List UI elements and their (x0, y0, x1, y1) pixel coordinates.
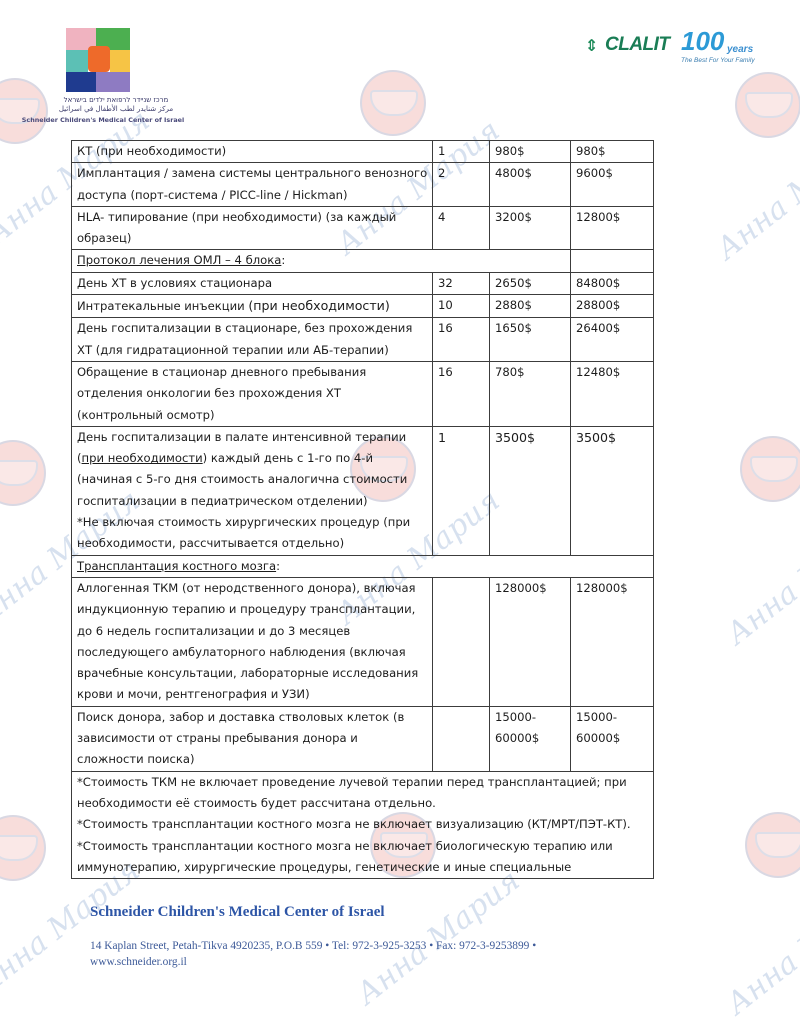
clalit-100: 100 (681, 26, 724, 57)
service-name: Интратекальные инъекции (при необходимос… (72, 295, 433, 318)
total-price: 980$ (571, 141, 654, 163)
clalit-slogan: The Best For Your Family (681, 57, 755, 64)
unit-price: 3200$ (490, 206, 571, 250)
quantity: 1 (433, 426, 490, 555)
service-name: Обращение в стационар дневного пребывани… (72, 361, 433, 426)
unit-price: 2650$ (490, 272, 571, 294)
unit-price: 4800$ (490, 163, 571, 207)
table-row: День госпитализации в стационаре, без пр… (72, 318, 654, 362)
logo-english-text: Schneider Children's Medical Center of I… (18, 116, 188, 124)
service-name: Аллогенная ТКМ (от неродственного донора… (72, 577, 433, 706)
logo-hebrew-text: מרכז שניידר לרפואת ילדים בישראל مركز شنا… (36, 96, 196, 114)
section-title: Протокол лечения ОМЛ – 4 блока: (72, 250, 571, 272)
table-row: Имплантация / замена системы центральног… (72, 163, 654, 207)
watermark-mask-icon (735, 72, 800, 138)
total-price: 128000$ (571, 577, 654, 706)
watermark-mask-icon (745, 812, 800, 878)
table-row: Обращение в стационар дневного пребывани… (72, 361, 654, 426)
service-name: День ХТ в условиях стационара (72, 272, 433, 294)
section-title: Трансплантация костного мозга: (72, 555, 654, 577)
unit-price: 15000-60000$ (490, 706, 571, 771)
service-name: Имплантация / замена системы центральног… (72, 163, 433, 207)
total-price: 28800$ (571, 295, 654, 318)
watermark-mask-icon (740, 436, 800, 502)
quantity: 2 (433, 163, 490, 207)
note: *Стоимость трансплантации костного мозга… (77, 836, 649, 879)
watermark-text: Анна Мария (720, 503, 800, 652)
unit-price: 780$ (490, 361, 571, 426)
table-row: День ХТ в условиях стационара 32 2650$ 8… (72, 272, 654, 294)
unit-price: 1650$ (490, 318, 571, 362)
watermark-mask-icon (360, 70, 426, 136)
unit-price: 3500$ (490, 426, 571, 555)
unit-price: 128000$ (490, 577, 571, 706)
quantity: 1 (433, 141, 490, 163)
service-name: День госпитализации в стационаре, без пр… (72, 318, 433, 362)
quantity (433, 706, 490, 771)
total-price: 84800$ (571, 272, 654, 294)
service-name: День госпитализации в палате интенсивной… (72, 426, 433, 555)
table-row: HLA- типирование (при необходимости) (за… (72, 206, 654, 250)
clalit-brand: CLALIT (605, 34, 670, 56)
total-price: 9600$ (571, 163, 654, 207)
quantity: 16 (433, 318, 490, 362)
table-row: День госпитализации в палате интенсивной… (72, 426, 654, 555)
clalit-arrows-icon: ⇕ (585, 36, 598, 55)
watermark-mask-icon (0, 815, 46, 881)
footer-address: 14 Kaplan Street, Petah-Tikva 4920235, P… (90, 938, 630, 970)
total-price: 12480$ (571, 361, 654, 426)
quantity: 32 (433, 272, 490, 294)
total-price: 12800$ (571, 206, 654, 250)
table-row: КТ (при необходимости) 1 980$ 980$ (72, 141, 654, 163)
service-name: КТ (при необходимости) (72, 141, 433, 163)
quantity: 4 (433, 206, 490, 250)
note: *Стоимость ТКМ не включает проведение лу… (77, 772, 649, 815)
table-row: Интратекальные инъекции (при необходимос… (72, 295, 654, 318)
quantity (433, 577, 490, 706)
watermark-text: Анна Мария (720, 873, 800, 1022)
footer-title: Schneider Children's Medical Center of I… (90, 904, 385, 921)
table-row: Аллогенная ТКМ (от неродственного донора… (72, 577, 654, 706)
empty-cell (571, 250, 654, 272)
section-row: Протокол лечения ОМЛ – 4 блока: (72, 250, 654, 272)
puzzle-logo-icon (66, 28, 130, 92)
watermark-text: Анна Мария (710, 118, 800, 267)
note: *Стоимость трансплантации костного мозга… (77, 814, 649, 835)
total-price: 15000-60000$ (571, 706, 654, 771)
quantity: 16 (433, 361, 490, 426)
service-name: HLA- типирование (при необходимости) (за… (72, 206, 433, 250)
price-table: КТ (при необходимости) 1 980$ 980$ Импла… (71, 140, 654, 879)
table-row: Поиск донора, забор и доставка стволовых… (72, 706, 654, 771)
unit-price: 2880$ (490, 295, 571, 318)
watermark-mask-icon (0, 440, 46, 506)
clalit-logo: ⇕ CLALIT 100 years The Best For Your Fam… (585, 30, 765, 70)
unit-price: 980$ (490, 141, 571, 163)
section-row: Трансплантация костного мозга: (72, 555, 654, 577)
notes-row: *Стоимость ТКМ не включает проведение лу… (72, 771, 654, 878)
total-price: 26400$ (571, 318, 654, 362)
total-price: 3500$ (571, 426, 654, 555)
schneider-logo: מרכז שניידר לרפואת ילדים בישראל مركز شنا… (18, 24, 188, 128)
quantity: 10 (433, 295, 490, 318)
service-name: Поиск донора, забор и доставка стволовых… (72, 706, 433, 771)
notes-cell: *Стоимость ТКМ не включает проведение лу… (72, 771, 654, 878)
clalit-years: years (727, 44, 753, 55)
